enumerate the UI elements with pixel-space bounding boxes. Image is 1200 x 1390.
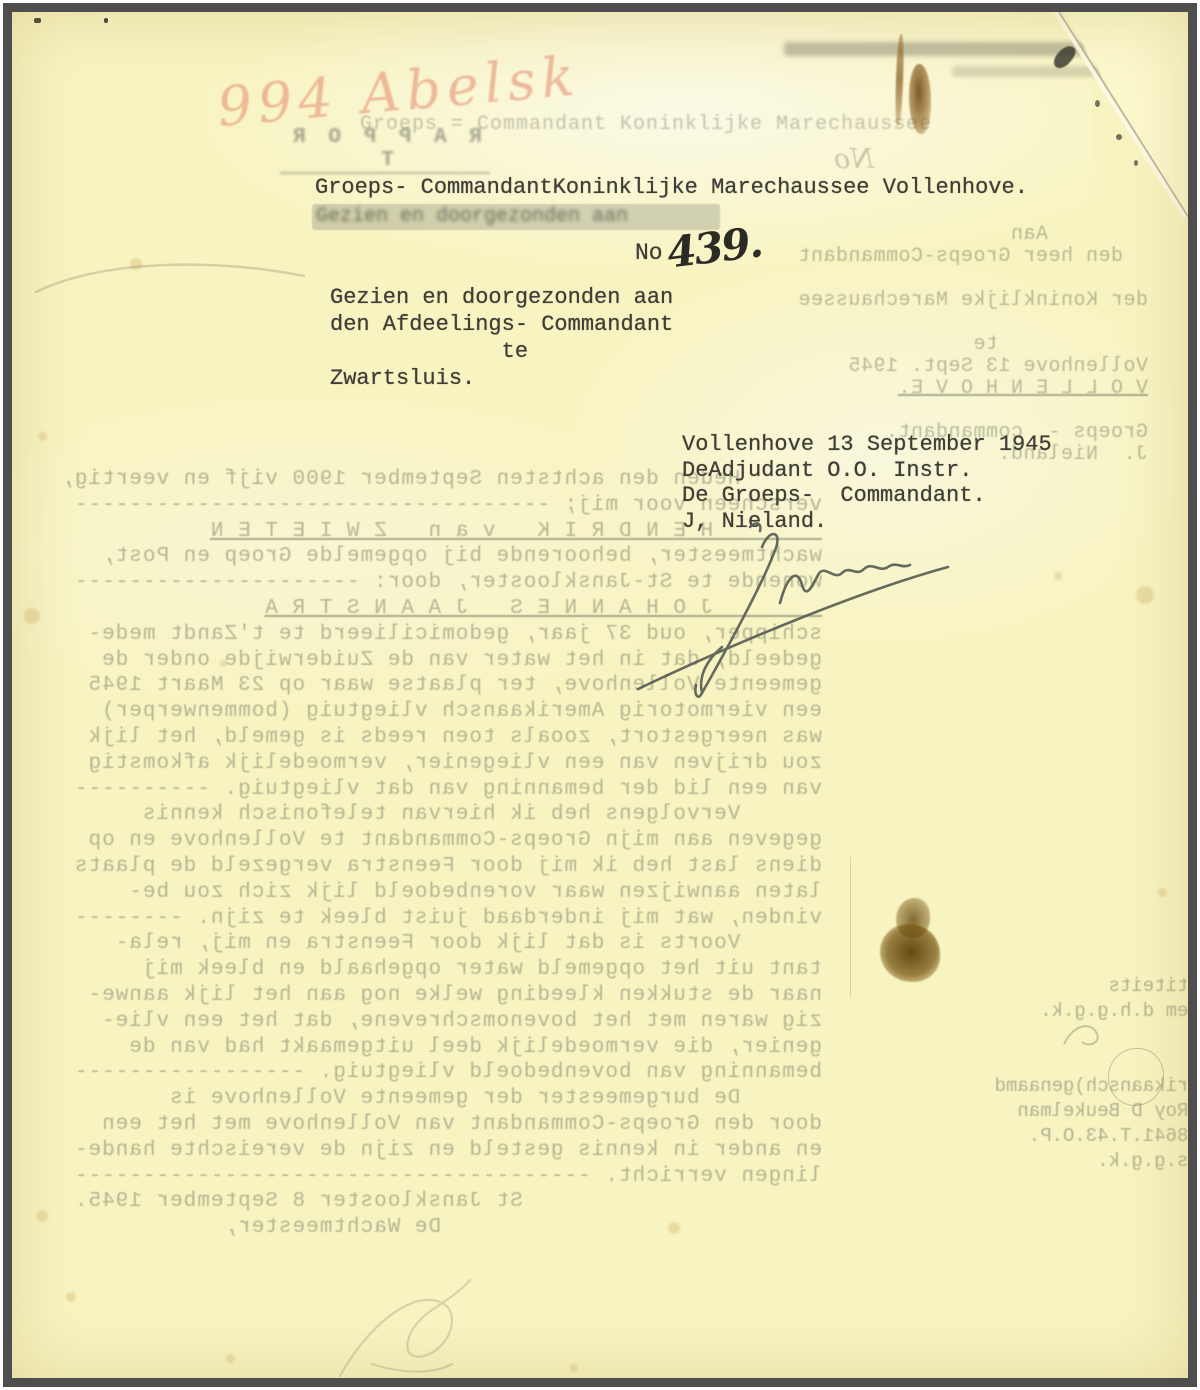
foxing-spot bbox=[668, 1222, 680, 1234]
foxing-spot bbox=[220, 660, 227, 667]
foxing-spot bbox=[66, 1292, 76, 1302]
number-label: No bbox=[635, 240, 663, 266]
foxing-spot bbox=[1136, 586, 1154, 604]
edge-speck bbox=[104, 18, 108, 23]
forwarding-statement: Gezien en doorgezonden aanden Afdeelings… bbox=[330, 284, 673, 392]
corner-ink-dot bbox=[1116, 134, 1122, 140]
paper-crease bbox=[850, 857, 851, 997]
foxing-spot bbox=[226, 1354, 235, 1363]
erased-typed-line-text: Gezien en doorgezonden aan bbox=[316, 205, 628, 228]
brown-blot-stain bbox=[878, 898, 948, 982]
folded-corner-edge bbox=[1028, 12, 1188, 224]
foxing-spot bbox=[38, 432, 47, 441]
bleedthrough-no-mark: No bbox=[834, 144, 874, 175]
erased-typed-line: Gezien en doorgezonden aan bbox=[312, 204, 720, 230]
bleedthrough-rapport-heading: R A P P O R T bbox=[280, 126, 490, 174]
bleedthrough-address-block: Aan den heer Groeps-Commandant der Konin… bbox=[724, 224, 1148, 466]
paper-sheet: Heden den achtsten September 1900 vijf e… bbox=[12, 12, 1188, 1378]
foxing-spot bbox=[36, 1210, 48, 1222]
pencil-swoosh-stroke bbox=[32, 250, 312, 302]
scanned-document-page: Heden den achtsten September 1900 vijf e… bbox=[0, 0, 1200, 1390]
rust-streak-stain bbox=[909, 64, 931, 134]
foxing-spot bbox=[1054, 572, 1062, 580]
corner-ink-dot bbox=[1134, 160, 1138, 166]
pencil-curl-mark bbox=[1056, 1014, 1116, 1054]
letterhead-line: Groeps- CommandantKoninklijke Marechauss… bbox=[315, 175, 1028, 200]
foxing-spot bbox=[130, 258, 142, 270]
pencil-scribble bbox=[312, 1244, 482, 1378]
foxing-spot bbox=[570, 1364, 578, 1372]
signature-j-nieland bbox=[610, 517, 970, 717]
edge-speck bbox=[34, 18, 41, 23]
foxing-spot bbox=[24, 608, 40, 624]
corner-ink-dot bbox=[1095, 100, 1100, 107]
foxing-spot bbox=[1158, 888, 1167, 897]
scan-frame: Heden den achtsten September 1900 vijf e… bbox=[3, 3, 1197, 1387]
